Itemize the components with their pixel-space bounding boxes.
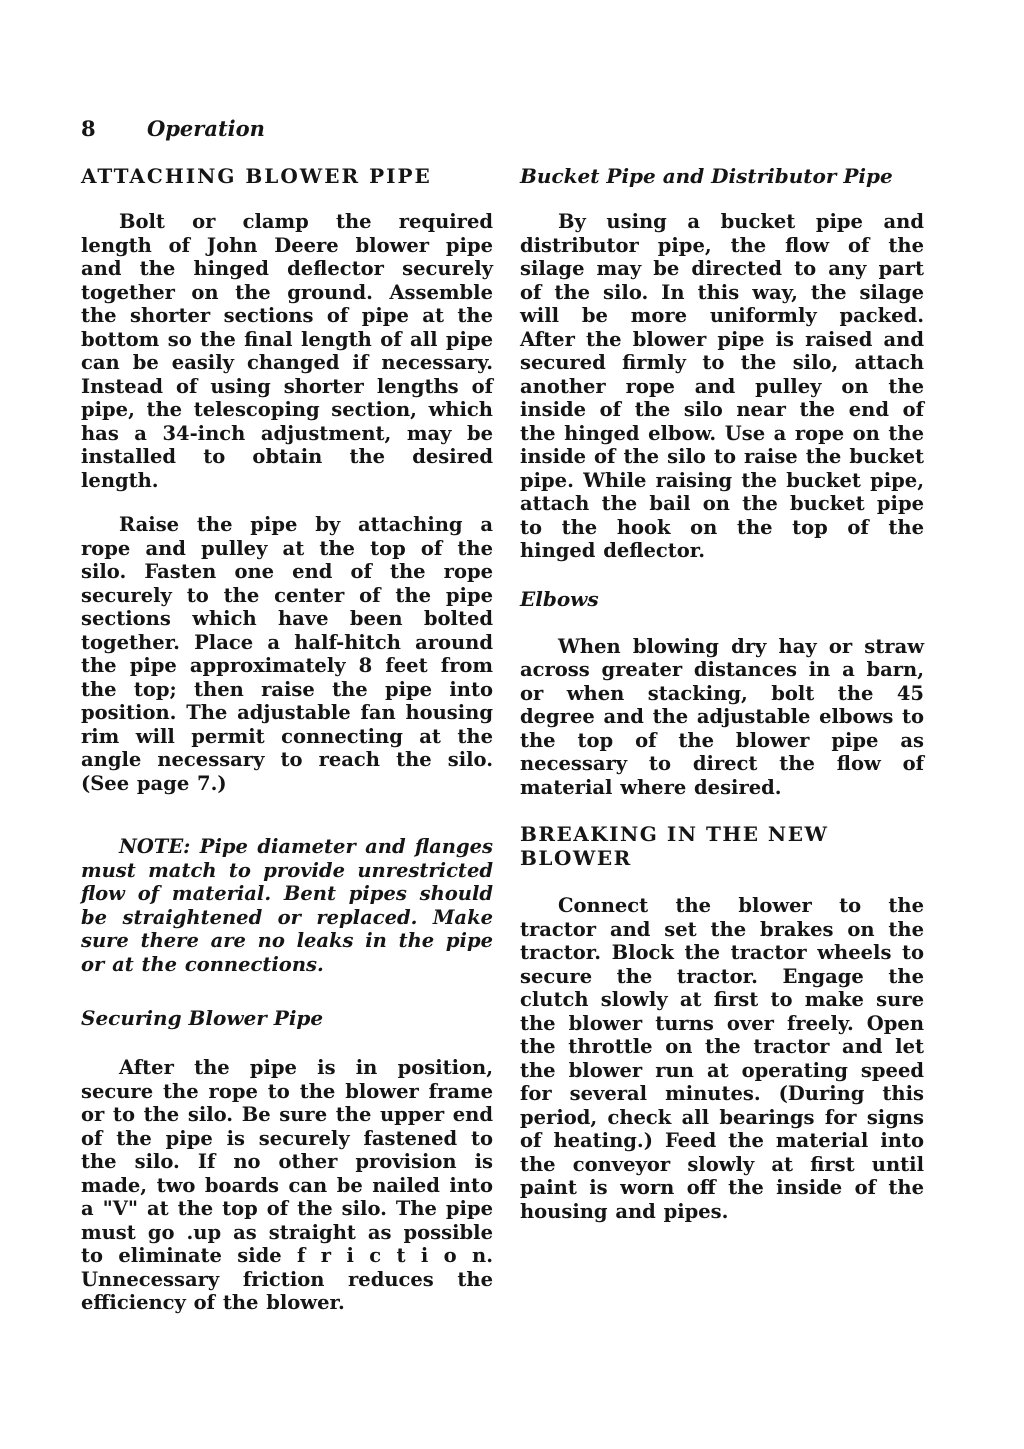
paragraph: After the pipe is in position, secure th…: [81, 1056, 493, 1315]
section-heading-attaching-blower-pipe: ATTACHING BLOWER PIPE: [81, 164, 493, 188]
page-number: 8: [81, 116, 96, 142]
paragraph: Bolt or clamp the required length of Joh…: [81, 210, 493, 492]
page-header: 8 Operation: [81, 116, 265, 142]
two-column-layout: ATTACHING BLOWER PIPE Bolt or clamp the …: [81, 164, 924, 1315]
note-paragraph: NOTE: Pipe diameter and flanges must mat…: [81, 835, 493, 976]
section-heading-breaking-in-new-blower: BREAKING IN THE NEW BLOWER: [520, 822, 924, 870]
manual-page: 8 Operation ATTACHING BLOWER PIPE Bolt o…: [0, 0, 1024, 1449]
paragraph: When blowing dry hay or straw across gre…: [520, 635, 924, 800]
paragraph: By using a bucket pipe and distributor p…: [520, 210, 924, 563]
subsection-heading-bucket-pipe: Bucket Pipe and Distributor Pipe: [520, 164, 924, 188]
right-column: Bucket Pipe and Distributor Pipe By usin…: [520, 164, 924, 1315]
paragraph: Raise the pipe by attaching a rope and p…: [81, 513, 493, 795]
paragraph: Connect the blower to the tractor and se…: [520, 894, 924, 1223]
running-title: Operation: [147, 116, 265, 142]
subsection-heading-elbows: Elbows: [520, 587, 924, 611]
left-column: ATTACHING BLOWER PIPE Bolt or clamp the …: [81, 164, 493, 1315]
subsection-heading-securing-blower-pipe: Securing Blower Pipe: [81, 1006, 493, 1030]
